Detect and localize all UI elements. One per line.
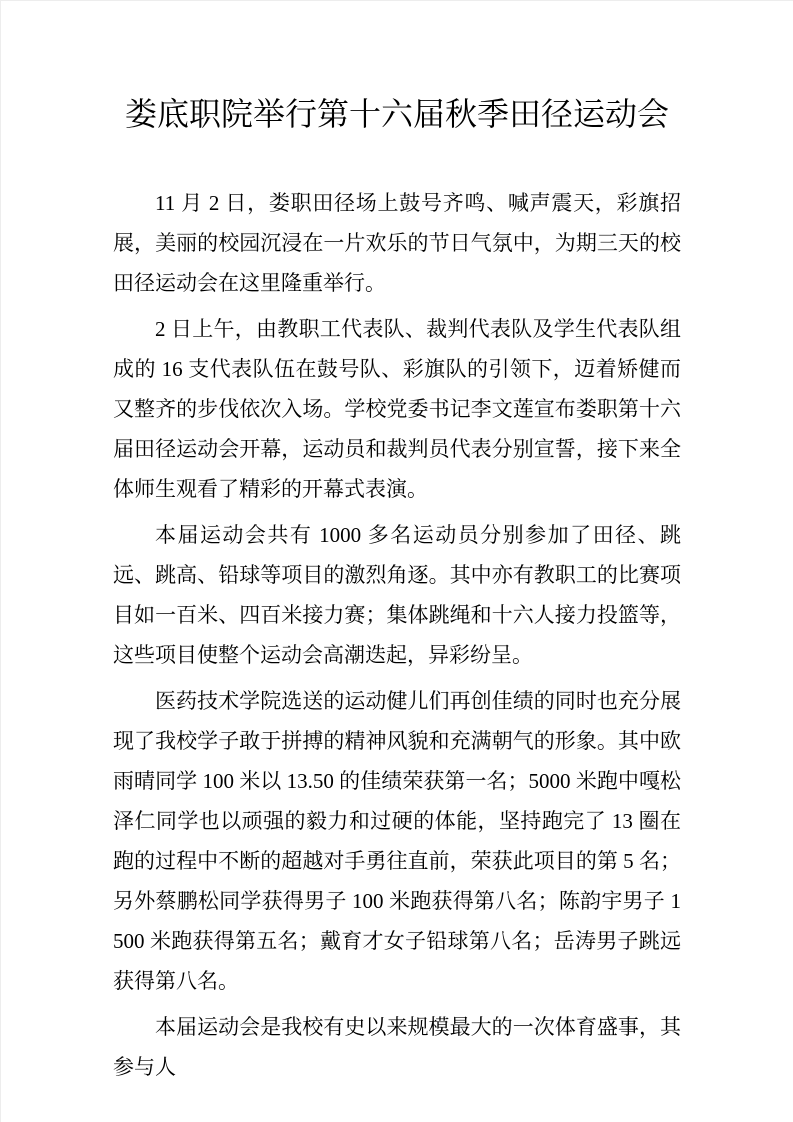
paragraph-events-overview: 本届运动会共有 1000 多名运动员分别参加了田径、跳远、跳高、铅球等项目的激烈… bbox=[113, 515, 681, 675]
document-title: 娄底职院举行第十六届秋季田径运动会 bbox=[113, 93, 681, 135]
paragraph-opening: 11 月 2 日，娄职田径场上鼓号齐鸣、喊声震天，彩旗招展，美丽的校园沉浸在一片… bbox=[113, 183, 681, 303]
paragraph-athlete-results: 医药技术学院选送的运动健儿们再创佳绩的同时也充分展现了我校学子敢于拼搏的精神风貌… bbox=[113, 681, 681, 1001]
document-page: 娄底职院举行第十六届秋季田径运动会 11 月 2 日，娄职田径场上鼓号齐鸣、喊声… bbox=[0, 0, 793, 1122]
paragraph-opening-ceremony: 2 日上午，由教职工代表队、裁判代表队及学生代表队组成的 16 支代表队伍在鼓号… bbox=[113, 309, 681, 509]
paragraph-closing-partial: 本届运动会是我校有史以来规模最大的一次体育盛事，其参与人 bbox=[113, 1007, 681, 1087]
